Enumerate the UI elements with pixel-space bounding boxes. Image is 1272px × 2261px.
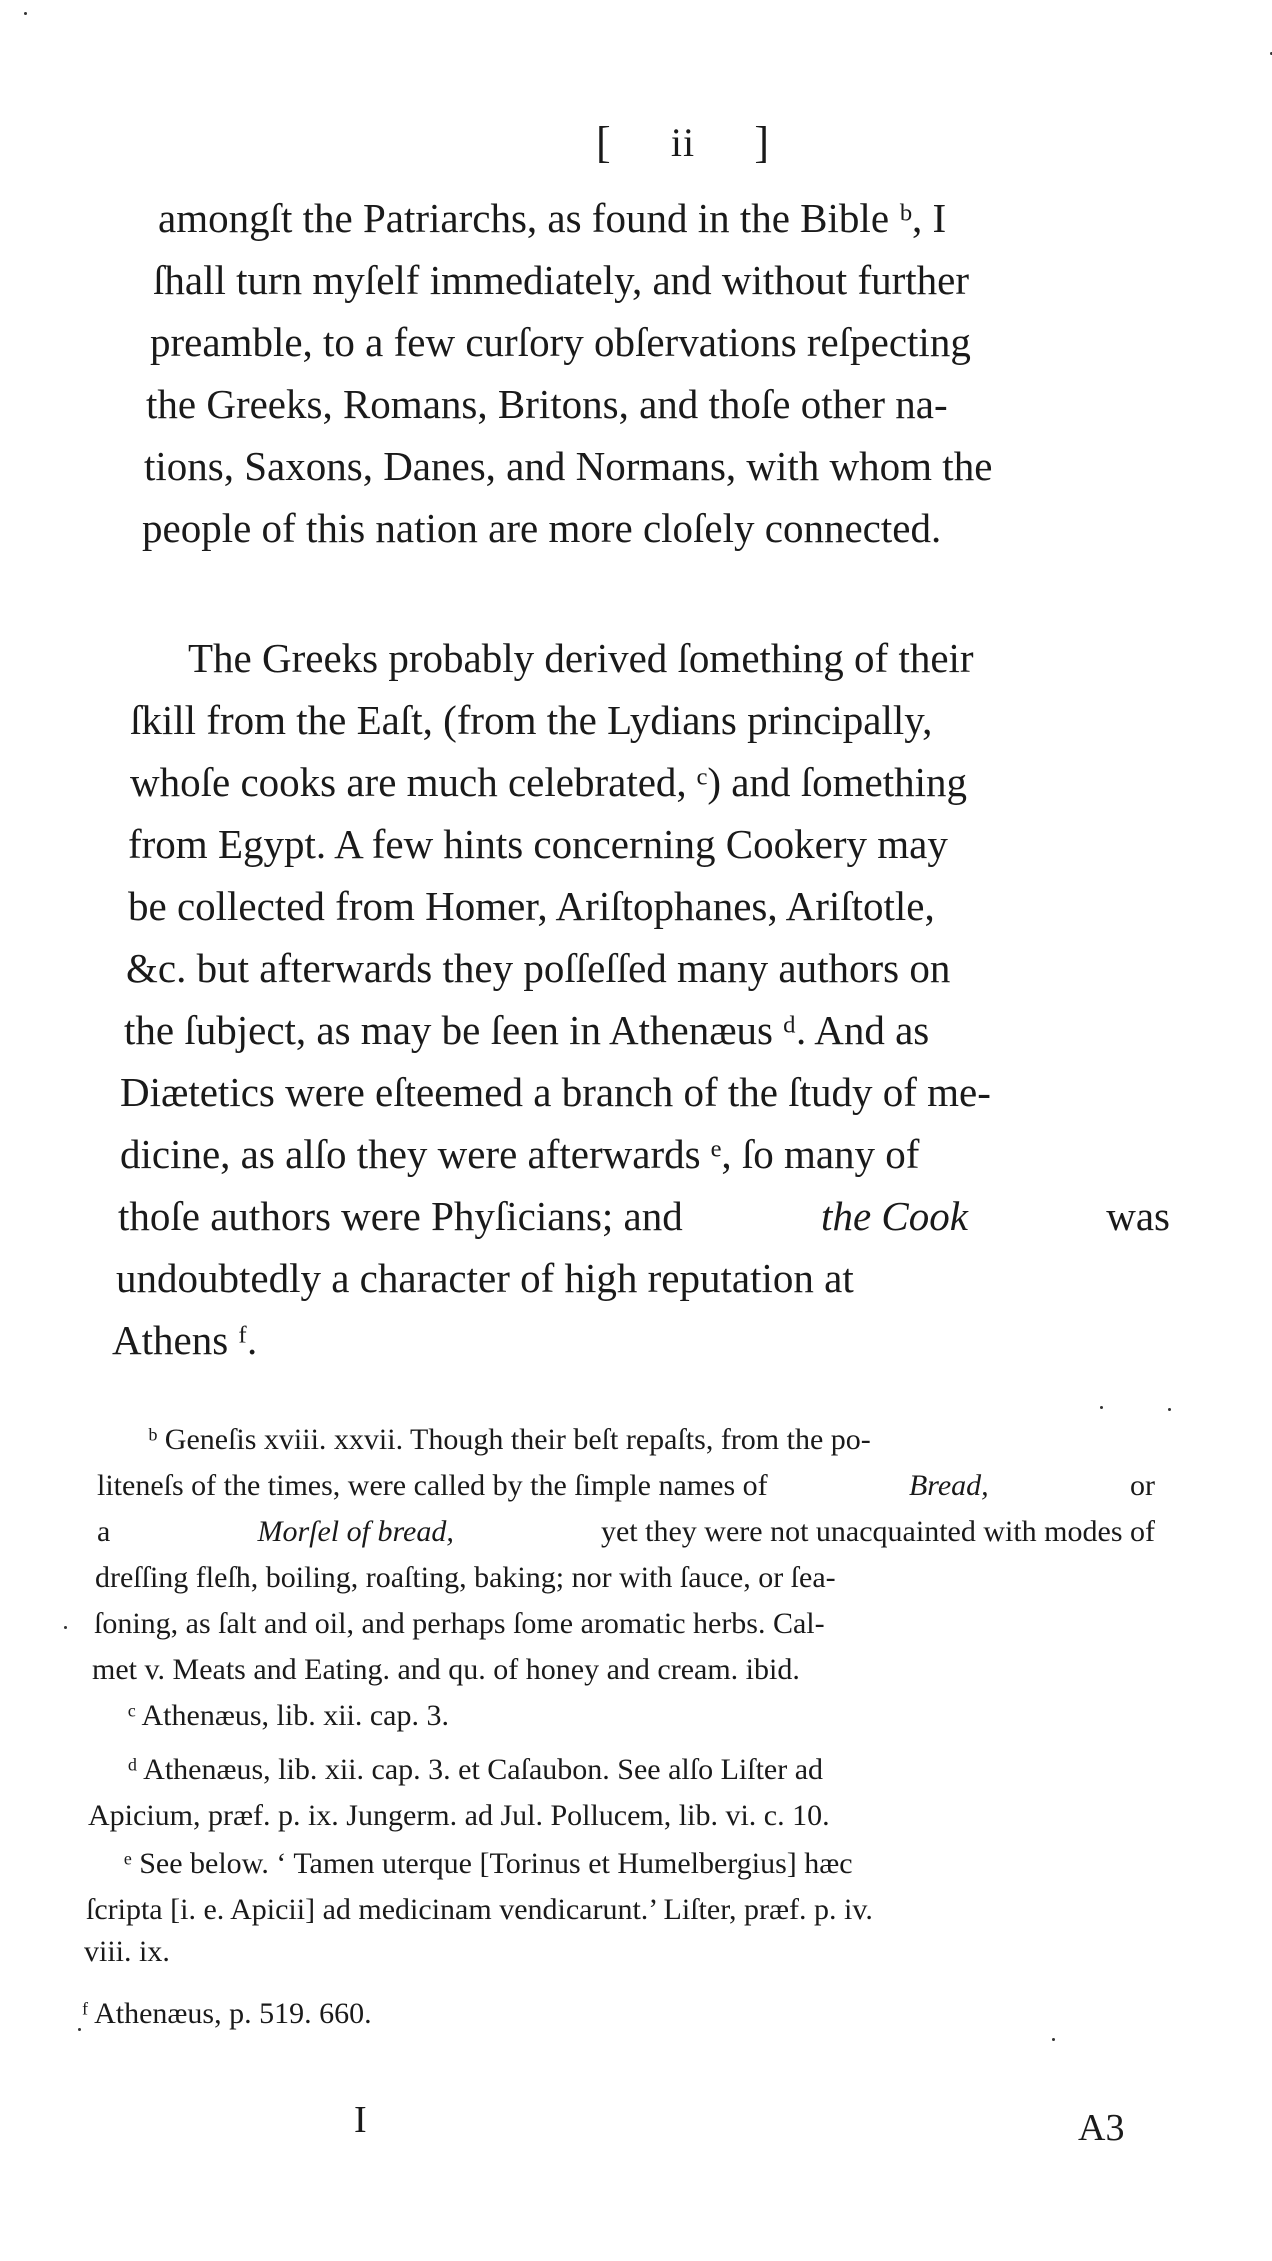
footnote-line: ᵉ See below. ‘ Tamen uterque [Torinus et…	[124, 1842, 1146, 1886]
footnote-line: ᵇ Geneſis xviii. xxvii. Though their beſ…	[148, 1418, 1156, 1462]
italic-emphasis: the Cook	[821, 1186, 968, 1246]
page-number: ii	[671, 112, 695, 174]
text-line: &c. but afterwards they poſſeſſed many a…	[126, 938, 1180, 998]
text-line: be collected from Homer, Ariſtophanes, A…	[128, 876, 1182, 936]
book-page: [ ii ] amongſt the Patriarchs, as found …	[0, 0, 1272, 2261]
text-line: undoubtedly a character of high reputati…	[116, 1248, 1168, 1308]
text-line: The Greeks probably derived ſomething of…	[188, 628, 1188, 688]
footnote-line: Apicium, præf. p. ix. Jungerm. ad Jul. P…	[88, 1794, 1148, 1838]
header-close-bracket: ]	[754, 112, 770, 174]
text-line: amongſt the Patriarchs, as found in the …	[158, 188, 1198, 248]
text-line: Athens ᶠ.	[112, 1310, 512, 1370]
footnote-line: viii. ix.	[84, 1930, 384, 1974]
italic-emphasis: Morſel of bread,	[257, 1510, 453, 1554]
catchword-mark: I	[354, 2098, 367, 2142]
footnote-line: liteneſs of the times, were called by th…	[97, 1464, 1155, 1508]
text-line: people of this nation are more cloſely c…	[142, 498, 1142, 558]
scan-speck	[1052, 2038, 1055, 2041]
text-line: Diætetics were eſteemed a branch of the …	[120, 1062, 1176, 1122]
italic-emphasis: Bread,	[909, 1464, 989, 1508]
text-line: thoſe authors were Phyſicians; and the C…	[118, 1186, 1170, 1246]
footnote-line: ſcripta [i. e. Apicii] ad medicinam vend…	[86, 1888, 1146, 1932]
text-line: tions, Saxons, Danes, and Normans, with …	[144, 436, 1194, 496]
footnote-line: ᵈ Athenæus, lib. xii. cap. 3. et Caſaubo…	[128, 1748, 1146, 1792]
signature-mark: A3	[1078, 2106, 1124, 2150]
text-line: whoſe cooks are much celebrated, ᶜ) and …	[130, 752, 1186, 812]
footnote-line: dreſſing fleſh, boiling, roaſting, bakin…	[95, 1556, 1153, 1600]
page-header: [ ii ]	[596, 112, 770, 174]
scan-speck	[1100, 1406, 1103, 1409]
text-line: from Egypt. A few hints concerning Cooke…	[128, 814, 1184, 874]
scan-speck	[78, 2028, 81, 2031]
text-line: the ſubject, as may be ſeen in Athenæus …	[124, 1000, 1178, 1060]
text-line: ſkill from the Eaſt, (from the Lydians p…	[130, 690, 1188, 750]
text-line: ſhall turn myſelf immediately, and witho…	[153, 250, 1198, 310]
footnote-line: ᶜ Athenæus, lib. xii. cap. 3.	[128, 1694, 728, 1738]
scan-speck	[24, 12, 27, 15]
text-line: preamble, to a few curſory obſervations …	[150, 312, 1196, 372]
footnote-line: ſoning, as ſalt and oil, and perhaps ſom…	[94, 1602, 1152, 1646]
scan-speck	[1168, 1408, 1171, 1411]
text-line: the Greeks, Romans, Britons, and thoſe o…	[146, 374, 1194, 434]
scan-speck	[64, 1626, 67, 1629]
footnote-line: met v. Meats and Eating. and qu. of hone…	[92, 1648, 1092, 1692]
header-open-bracket: [	[596, 112, 612, 174]
footnote-line: a Morſel of bread, yet they were not una…	[97, 1510, 1155, 1554]
footnote-line: ᶠ Athenæus, p. 519. 660.	[82, 1992, 682, 2036]
text-line: dicine, as alſo they were afterwards ᵉ, …	[120, 1124, 1172, 1184]
